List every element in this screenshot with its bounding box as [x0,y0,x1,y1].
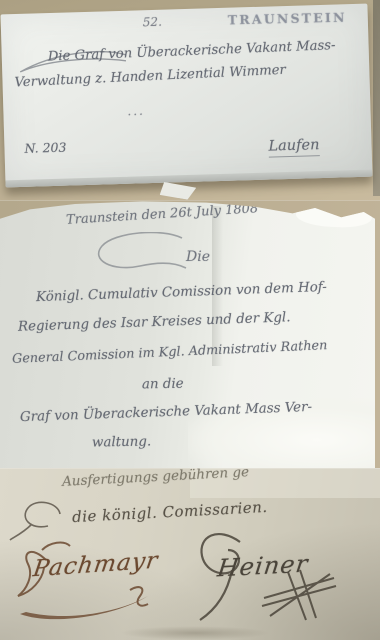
closing-capital-flourish [8,496,80,542]
signature-heiner: Heiner [216,552,310,581]
address-line-1: Die Graf von Überackerische Vakant Mass- [48,39,336,65]
envelope-side-edge [5,170,372,188]
address-dots: ··· [127,108,145,122]
envelope: 52. TRAUNSTEIN Die Graf von Überackerisc… [1,4,373,188]
destination-laufen: Laufen [268,138,319,157]
signature-section: Ausfertigungs gebühren ge die königl. Co… [0,468,380,640]
salutation-die: Die [186,250,210,265]
signature-right-flourish [188,528,348,633]
postmark-stamp: TRAUNSTEIN [228,11,347,27]
reference-number: N. 203 [24,141,66,156]
paper-fold-highlight [295,201,372,229]
envelope-paper-tab [159,182,196,200]
photo-seam-2 [0,468,380,469]
letter-page-section: Traunstein den 26t July 1808 Die Königl.… [0,200,380,468]
salutation-flourish [78,232,198,280]
body-line-6: waltung. [92,435,151,451]
body-line-2: Regierung des Isar Kreises und der Kgl. [18,311,291,335]
paper-bottom-crease [120,626,270,640]
envelope-photo-section: 52. TRAUNSTEIN Die Graf von Überackerisc… [0,0,380,200]
letter-photo: 52. TRAUNSTEIN Die Graf von Überackerisc… [0,0,380,640]
body-line-3: General Comission im Kgl. Administrativ … [12,339,328,367]
body-line-4: an die [142,378,184,393]
dateline: Traunstein den 26t July 1808 [66,202,259,228]
photo-seam-1 [0,200,380,201]
letter-paper: Traunstein den 26t July 1808 Die Königl.… [0,200,375,468]
table-edge-shadow [373,0,380,196]
closing-line: die königl. Comissarien. [72,499,268,526]
envelope-number-note: 52. [143,16,162,30]
body-line-1: Königl. Cumulativ Comission von dem Hof- [36,281,327,306]
